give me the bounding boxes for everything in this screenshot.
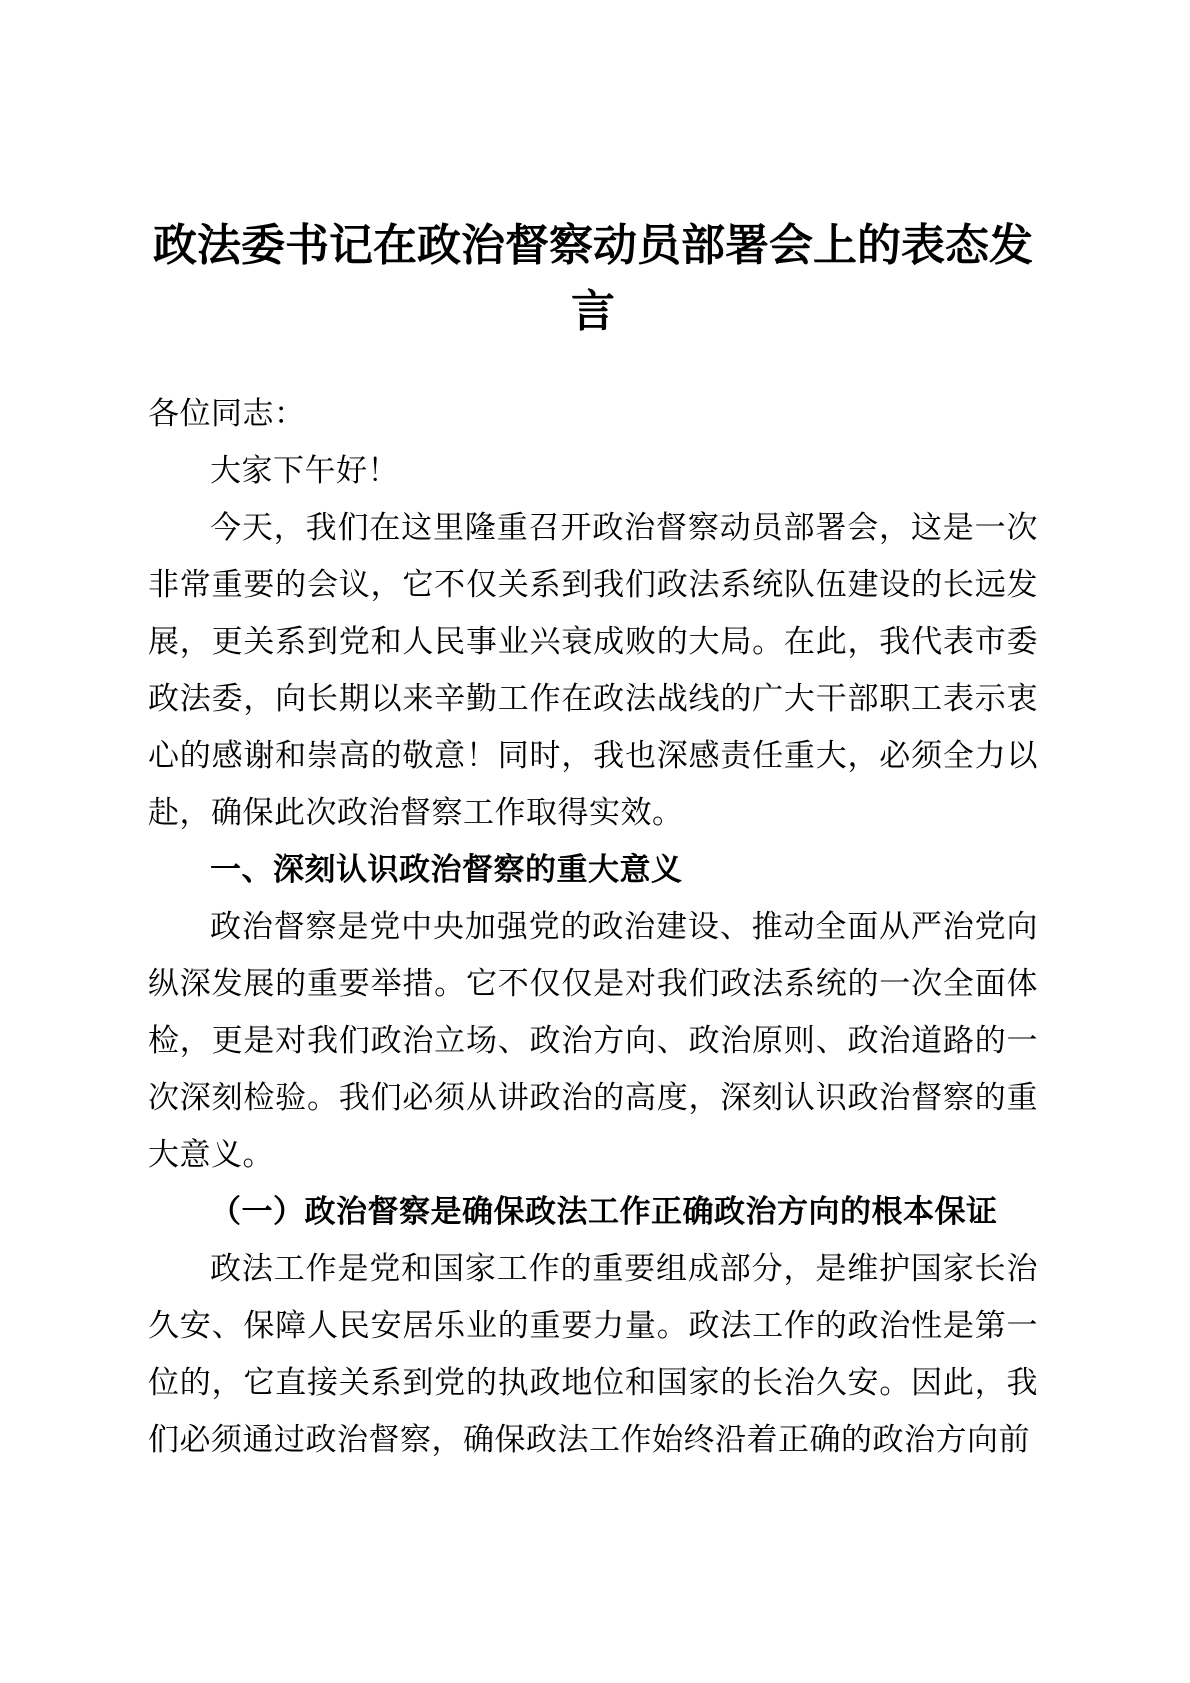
paragraph-sub-1-1-body: 政法工作是党和国家工作的重要组成部分，是维护国家长治久安、保障人民安居乐业的重要… — [148, 1240, 1038, 1468]
paragraph-section-1-intro: 政治督察是党中央加强党的政治建设、推动全面从严治党向纵深发展的重要举措。它不仅仅… — [148, 898, 1038, 1183]
document-title: 政法委书记在政治督察动员部署会上的表态发言 — [148, 213, 1038, 345]
paragraph-intro: 今天，我们在这里隆重召开政治督察动员部署会，这是一次非常重要的会议，它不仅关系到… — [148, 499, 1038, 841]
paragraph-salutation: 各位同志： — [148, 385, 1038, 442]
paragraph-greeting: 大家下午好！ — [148, 442, 1038, 499]
section-heading-1: 一、深刻认识政治督察的重大意义 — [148, 841, 1038, 898]
sub-heading-1-1: （一）政治督察是确保政法工作正确政治方向的根本保证 — [148, 1183, 1038, 1240]
document-page: 政法委书记在政治督察动员部署会上的表态发言 各位同志： 大家下午好！ 今天，我们… — [0, 0, 1190, 1683]
document-body: 各位同志： 大家下午好！ 今天，我们在这里隆重召开政治督察动员部署会，这是一次非… — [148, 385, 1038, 1468]
